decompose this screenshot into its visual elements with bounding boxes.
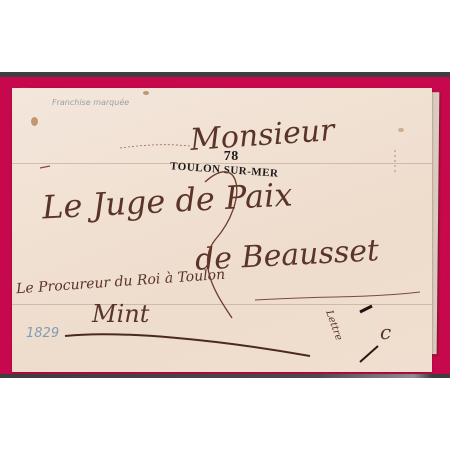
handwriting-flourishes [0, 0, 450, 450]
